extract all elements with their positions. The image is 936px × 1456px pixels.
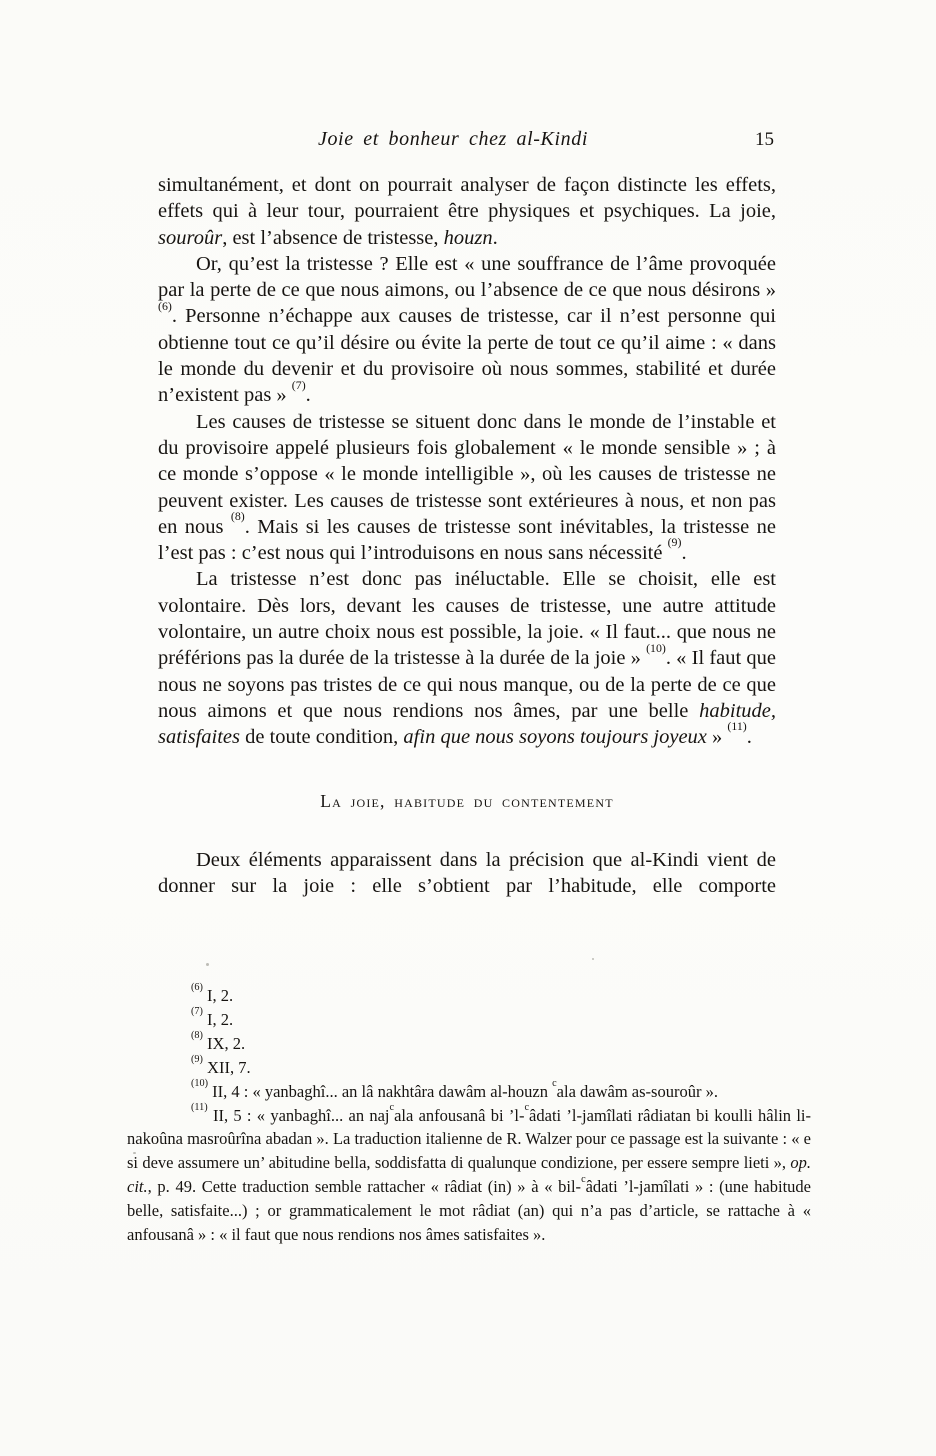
page-header: Joie et bonheur chez al-Kindi 15 — [158, 128, 776, 151]
footnote-7: (7) I, 2. — [127, 1008, 811, 1032]
footnotes: (6) I, 2. (7) I, 2. (8) IX, 2. (9) XII, … — [127, 984, 811, 1247]
body-text: simultanément, et dont on pourrait analy… — [158, 172, 776, 899]
paragraph-5: Deux éléments apparaissent dans la préci… — [158, 847, 776, 900]
paragraph-2: Or, qu’est la tristesse ? Elle est « une… — [158, 251, 776, 409]
section-heading: La joie, habitude du contentement — [158, 788, 776, 814]
footnote-9: (9) XII, 7. — [127, 1056, 811, 1080]
book-page: Joie et bonheur chez al-Kindi 15 simulta… — [0, 0, 936, 1456]
running-title: Joie et bonheur chez al-Kindi — [144, 128, 762, 151]
page-number: 15 — [755, 129, 774, 151]
scan-speck — [206, 963, 209, 966]
scan-speck — [133, 1152, 136, 1154]
paragraph-1: simultanément, et dont on pourrait analy… — [158, 172, 776, 251]
footnote-11: (11) II, 5 : « yanbaghî... an najcala an… — [127, 1104, 811, 1247]
paragraph-4: La tristesse n’est donc pas inéluctable.… — [158, 566, 776, 750]
footnote-6: (6) I, 2. — [127, 984, 811, 1008]
footnote-10: (10) II, 4 : « yanbaghî... an lâ nakhtâr… — [127, 1080, 811, 1104]
footnote-8: (8) IX, 2. — [127, 1032, 811, 1056]
paragraph-3: Les causes de tristesse se situent donc … — [158, 409, 776, 567]
scan-speck — [592, 958, 594, 960]
